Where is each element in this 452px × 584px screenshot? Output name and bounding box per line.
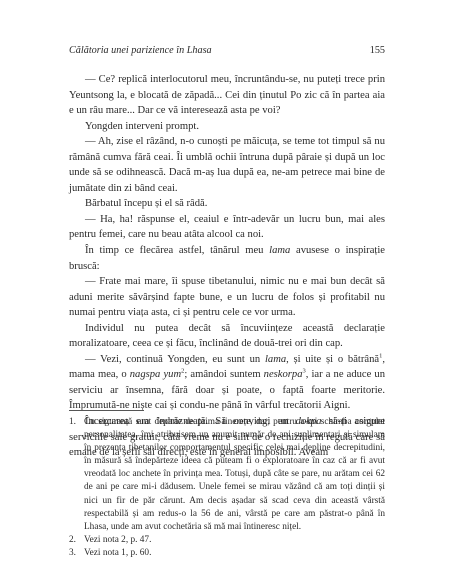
running-head: Călătoria unei parizience în Lhasa 155 — [69, 44, 385, 58]
paragraph: — Frate mai mare, îi spuse tibetanului, … — [69, 274, 385, 321]
paragraph: — Vezi, continuă Yongden, eu sunt un lam… — [69, 352, 385, 414]
footnote-divider — [69, 410, 144, 411]
text-run: ; amândoi suntem — [184, 369, 263, 380]
footnote: 3. Vezi nota 1, p. 60. — [69, 547, 385, 560]
italic-term: lama — [265, 354, 286, 365]
footnote-number: 1. — [69, 416, 84, 534]
text-run: În timp ce flecărea astfel, tânărul meu — [85, 245, 269, 256]
italic-term: lama — [269, 245, 290, 256]
text-run: , și uite și o bătrână — [286, 354, 379, 365]
paragraph: — Ah, zise el râzând, n-o cunoști pe măi… — [69, 134, 385, 196]
footnote-text: Cu siguranță sunt departe de prima tiner… — [84, 416, 385, 534]
italic-term: neskorpa — [264, 369, 303, 380]
footnote-number: 3. — [69, 547, 84, 560]
paragraph: Yongden interveni prompt. — [69, 119, 385, 135]
footnote: 2. Vezi nota 2, p. 47. — [69, 534, 385, 547]
paragraph: Bărbatul începu și el să râdă. — [69, 196, 385, 212]
footnote-number: 2. — [69, 534, 84, 547]
text-run: — Vezi, continuă Yongden, eu sunt un — [85, 354, 265, 365]
page-number: 155 — [370, 44, 385, 58]
footnotes: 1. Cu siguranță sunt departe de prima ti… — [69, 416, 385, 560]
paragraph: Individul nu putea decât să încuviințeze… — [69, 321, 385, 352]
page: Călătoria unei parizience în Lhasa 155 —… — [69, 44, 385, 461]
footnote-text: Vezi nota 2, p. 47. — [84, 534, 385, 547]
paragraph: În timp ce flecărea astfel, tânărul meu … — [69, 243, 385, 274]
footnote-text: Vezi nota 1, p. 60. — [84, 547, 385, 560]
paragraph: — Ha, ha! răspunse el, ceaiul e într-ade… — [69, 212, 385, 243]
footnote: 1. Cu siguranță sunt departe de prima ti… — [69, 416, 385, 534]
paragraph: — Ce? replică interlocutorul meu, încrun… — [69, 72, 385, 119]
running-head-title: Călătoria unei parizience în Lhasa — [69, 44, 212, 58]
italic-term: nagspa yum — [130, 369, 181, 380]
body-text: — Ce? replică interlocutorul meu, încrun… — [69, 72, 385, 461]
